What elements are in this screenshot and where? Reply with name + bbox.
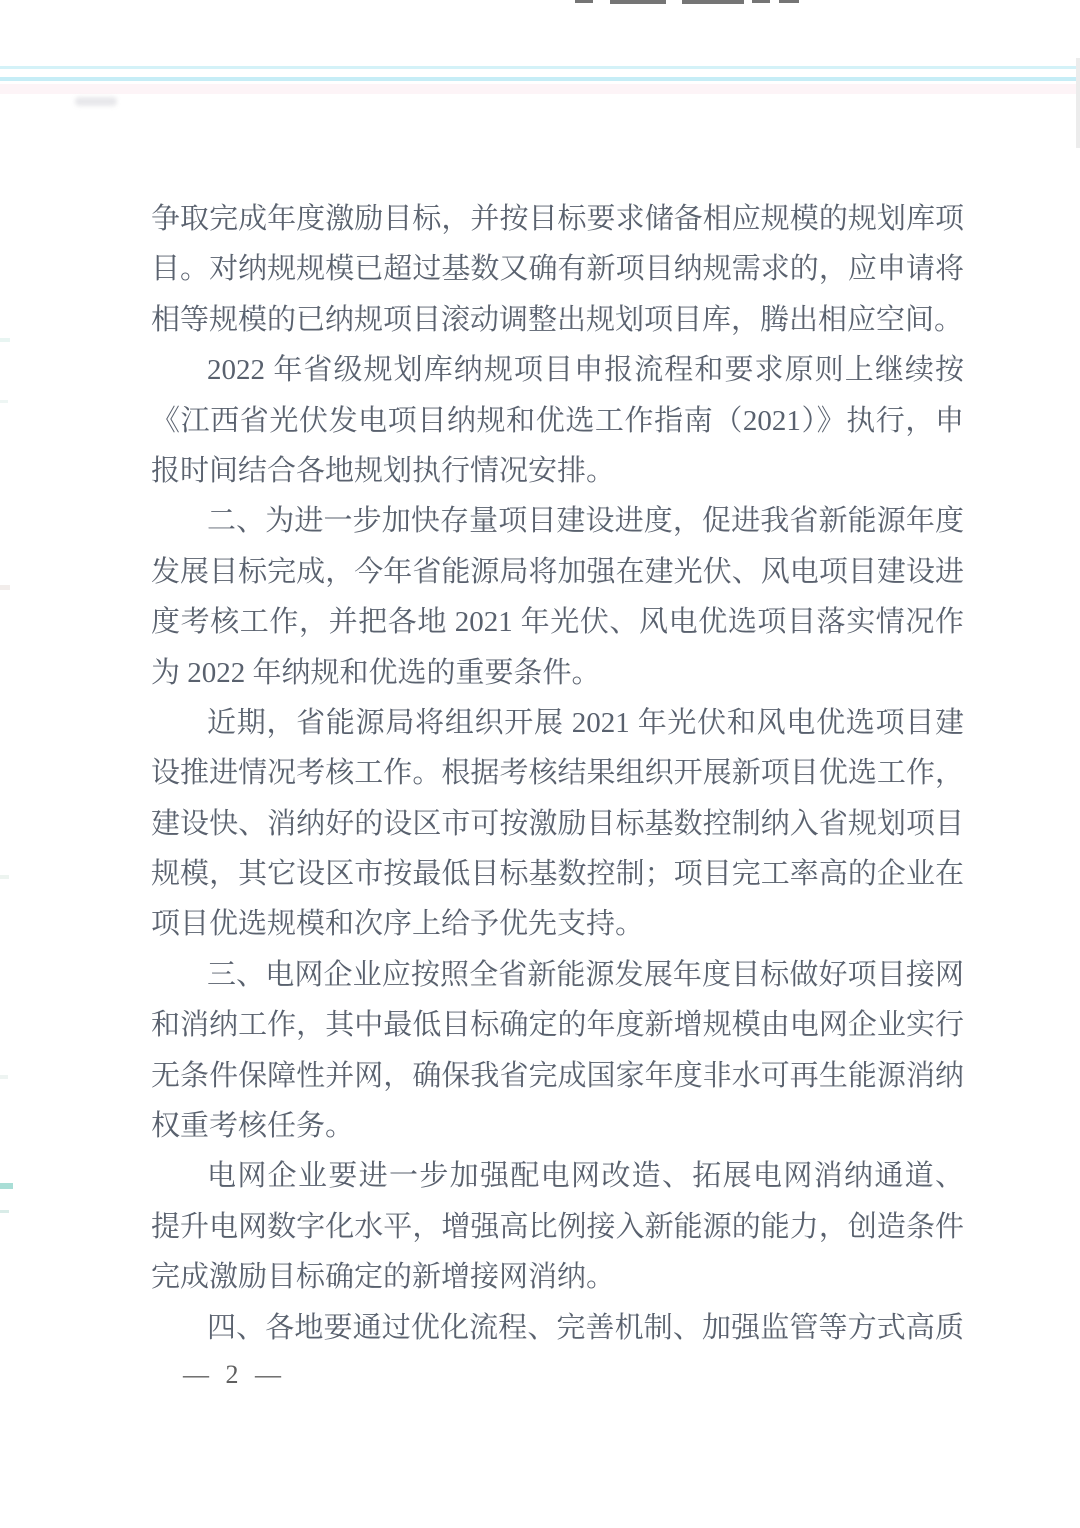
text-line: 设推进情况考核工作。根据考核结果组织开展新项目优选工作，: [151, 748, 964, 798]
paragraph: 四、各地要通过优化流程、完善机制、加强监管等方式高质: [151, 1303, 964, 1353]
text-line: 完成激励目标确定的新增接网消纳。: [151, 1252, 964, 1302]
scan-artifact-pink-band: [0, 84, 1080, 94]
scan-dash: [752, 0, 770, 3]
text-line: 《江西省光伏发电项目纳规和优选工作指南（2021）》执行，申: [151, 396, 964, 446]
text-line: 发展目标完成，今年省能源局将加强在建光伏、风电项目建设进: [151, 547, 964, 597]
text-line: 近期，省能源局将组织开展 2021 年光伏和风电优选项目建: [151, 698, 964, 748]
edge-mark: [0, 1183, 13, 1189]
paragraph: 近期，省能源局将组织开展 2021 年光伏和风电优选项目建设推进情况考核工作。根…: [151, 698, 964, 950]
document-body: 争取完成年度激励目标，并按目标要求储备相应规模的规划库项目。对纳规规模已超过基数…: [151, 194, 964, 1353]
text-line: 电网企业要进一步加强配电网改造、拓展电网消纳通道、: [151, 1151, 964, 1201]
scan-artifact-smudge: [75, 97, 117, 106]
edge-mark: [0, 400, 8, 403]
text-line: 为 2022 年纳规和优选的重要条件。: [151, 648, 964, 698]
paragraph: 争取完成年度激励目标，并按目标要求储备相应规模的规划库项目。对纳规规模已超过基数…: [151, 194, 964, 345]
text-line: 权重考核任务。: [151, 1101, 964, 1151]
paragraph: 二、为进一步加快存量项目建设进度，促进我省新能源年度发展目标完成，今年省能源局将…: [151, 496, 964, 698]
scan-artifact-cyan-line: [0, 66, 1080, 69]
edge-mark: [0, 1075, 8, 1079]
scan-dash: [610, 0, 666, 4]
edge-mark: [0, 338, 10, 342]
scan-dash: [779, 0, 799, 3]
edge-mark: [0, 875, 9, 879]
text-line: 提升电网数字化水平，增强高比例接入新能源的能力，创造条件: [151, 1202, 964, 1252]
text-line: 规模，其它设区市按最低目标基数控制；项目完工率高的企业在: [151, 849, 964, 899]
scan-artifact-cyan-line: [0, 77, 1080, 81]
text-line: 和消纳工作，其中最低目标确定的年度新增规模由电网企业实行: [151, 1000, 964, 1050]
scan-artifact-right-edge: [1076, 58, 1080, 148]
text-line: 争取完成年度激励目标，并按目标要求储备相应规模的规划库项: [151, 194, 964, 244]
text-line: 2022 年省级规划库纳规项目申报流程和要求原则上继续按: [151, 345, 964, 395]
paragraph: 三、电网企业应按照全省新能源发展年度目标做好项目接网和消纳工作，其中最低目标确定…: [151, 950, 964, 1152]
text-line: 三、电网企业应按照全省新能源发展年度目标做好项目接网: [151, 950, 964, 1000]
text-line: 报时间结合各地规划执行情况安排。: [151, 446, 964, 496]
text-line: 项目优选规模和次序上给予优先支持。: [151, 899, 964, 949]
text-line: 度考核工作，并把各地 2021 年光伏、风电优选项目落实情况作: [151, 597, 964, 647]
text-line: 无条件保障性并网，确保我省完成国家年度非水可再生能源消纳: [151, 1051, 964, 1101]
text-line: 四、各地要通过优化流程、完善机制、加强监管等方式高质: [151, 1303, 964, 1353]
scan-dash: [682, 0, 744, 4]
document-page: 争取完成年度激励目标，并按目标要求储备相应规模的规划库项目。对纳规规模已超过基数…: [0, 0, 1080, 1528]
text-line: 相等规模的已纳规项目滚动调整出规划项目库，腾出相应空间。: [151, 295, 964, 345]
text-line: 目。对纳规规模已超过基数又确有新项目纳规需求的，应申请将: [151, 244, 964, 294]
edge-mark: [0, 585, 10, 590]
text-line: 二、为进一步加快存量项目建设进度，促进我省新能源年度: [151, 496, 964, 546]
page-number: — 2 —: [183, 1360, 286, 1390]
text-line: 建设快、消纳好的设区市可按激励目标基数控制纳入省规划项目: [151, 799, 964, 849]
scanned-document-screenshot: { "theme": { "page_background": "#ffffff…: [0, 0, 1080, 1528]
scan-dash: [575, 0, 593, 3]
edge-mark: [0, 1210, 9, 1213]
paragraph: 电网企业要进一步加强配电网改造、拓展电网消纳通道、提升电网数字化水平，增强高比例…: [151, 1151, 964, 1302]
paragraph: 2022 年省级规划库纳规项目申报流程和要求原则上继续按《江西省光伏发电项目纳规…: [151, 345, 964, 496]
